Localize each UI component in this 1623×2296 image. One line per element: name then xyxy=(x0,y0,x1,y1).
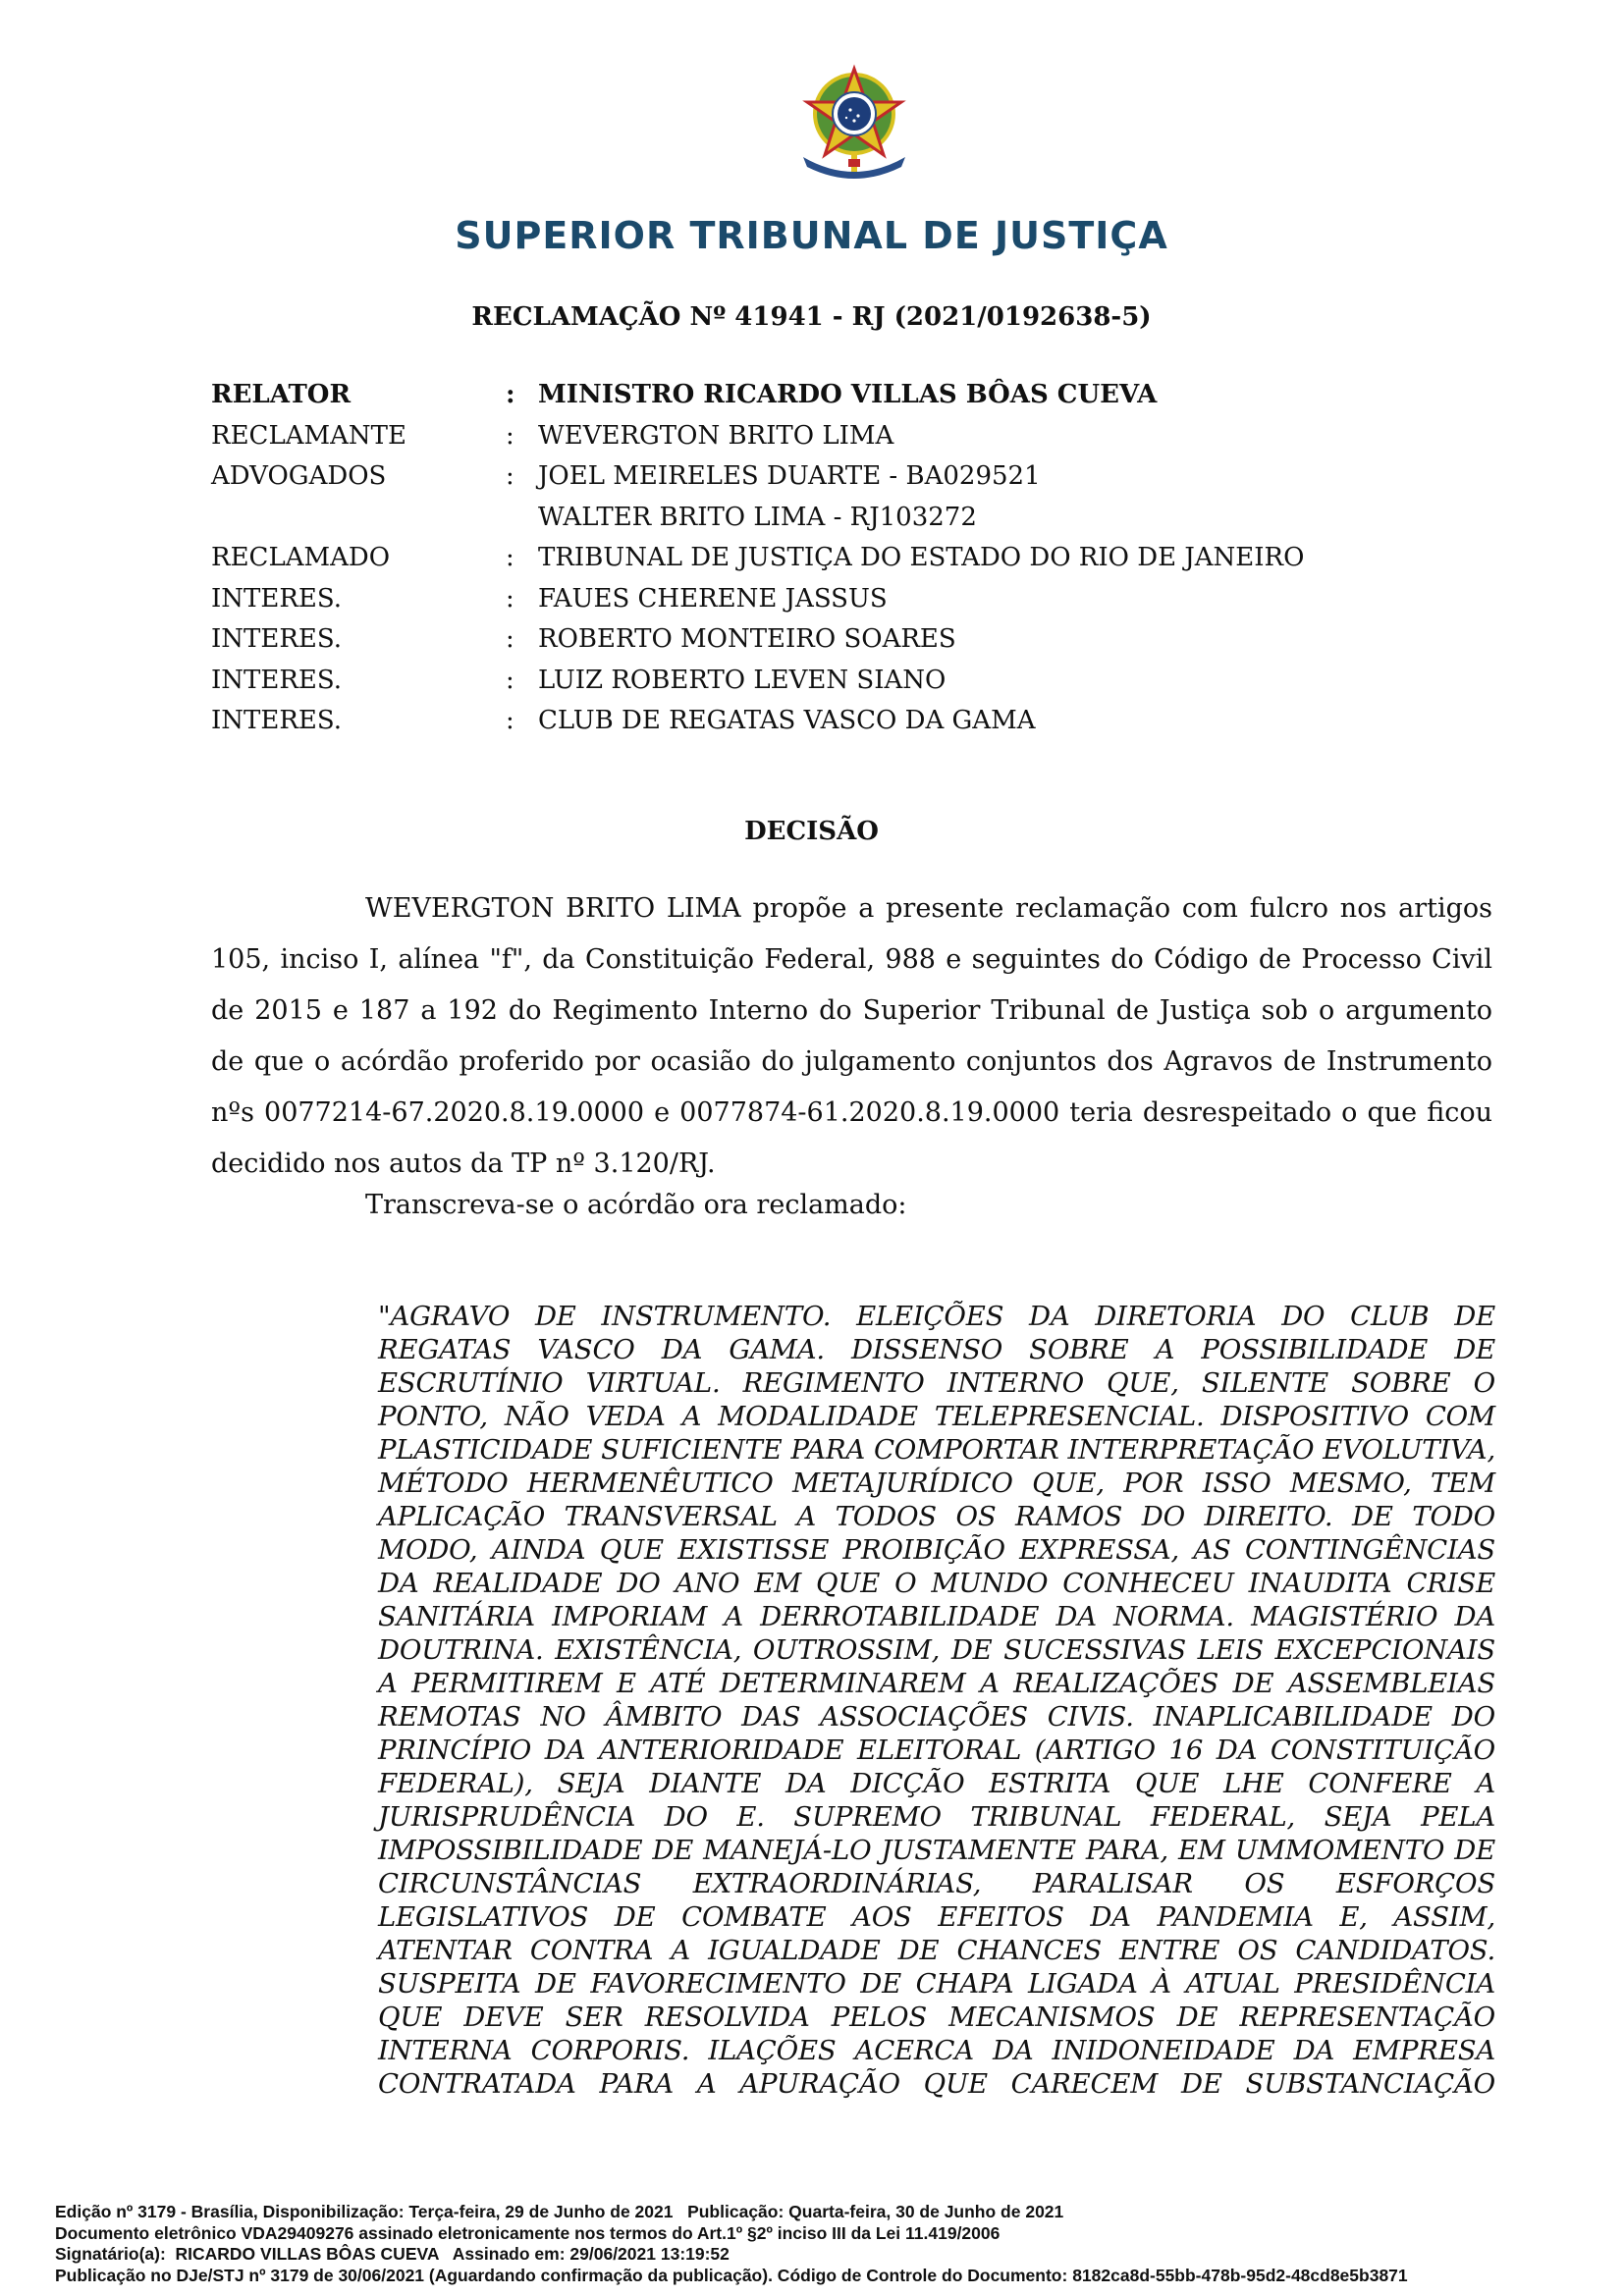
party-row: INTERES. : ROBERTO MONTEIRO SOARES xyxy=(211,619,1304,661)
party-colon: : xyxy=(506,456,538,498)
party-label: INTERES. xyxy=(211,701,506,742)
party-row: INTERES. : CLUB DE REGATAS VASCO DA GAMA xyxy=(211,701,1304,742)
party-colon: : xyxy=(506,416,538,457)
party-label: RECLAMADO xyxy=(211,538,506,579)
party-row: ADVOGADOS : JOEL MEIRELES DUARTE - BA029… xyxy=(211,456,1304,498)
party-value: FAUES CHERENE JASSUS xyxy=(538,579,888,620)
party-value: WEVERGTON BRITO LIMA xyxy=(538,416,893,457)
decision-body: WEVERGTON BRITO LIMA propõe a presente r… xyxy=(211,883,1492,1225)
case-title: RECLAMAÇÃO Nº 41941 - RJ (2021/0192638-5… xyxy=(0,302,1623,332)
party-value: LUIZ ROBERTO LEVEN SIANO xyxy=(538,661,946,702)
party-row: INTERES. : FAUES CHERENE JASSUS xyxy=(211,579,1304,620)
party-colon: : xyxy=(506,375,538,416)
party-label: ADVOGADOS xyxy=(211,456,506,498)
decision-title: DECISÃO xyxy=(0,817,1623,846)
party-row: WALTER BRITO LIMA - RJ103272 xyxy=(211,498,1304,539)
party-colon: : xyxy=(506,619,538,661)
party-label: INTERES. xyxy=(211,619,506,661)
footer-line: Edição nº 3179 - Brasília, Disponibiliza… xyxy=(55,2202,1408,2223)
party-value: WALTER BRITO LIMA - RJ103272 xyxy=(538,498,977,539)
decision-paragraph: WEVERGTON BRITO LIMA propõe a presente r… xyxy=(211,883,1492,1190)
footer-line: Publicação no DJe/STJ nº 3179 de 30/06/2… xyxy=(55,2266,1408,2287)
party-row: RECLAMADO : TRIBUNAL DE JUSTIÇA DO ESTAD… xyxy=(211,538,1304,579)
party-colon xyxy=(506,498,538,539)
party-value: ROBERTO MONTEIRO SOARES xyxy=(538,619,956,661)
footer-line: Documento eletrônico VDA29409276 assinad… xyxy=(55,2223,1408,2245)
quoted-ruling: "AGRAVO DE INSTRUMENTO. ELEIÇÕES DA DIRE… xyxy=(378,1300,1495,2101)
party-row: RELATOR : MINISTRO RICARDO VILLAS BÔAS C… xyxy=(211,375,1304,416)
party-row: RECLAMANTE : WEVERGTON BRITO LIMA xyxy=(211,416,1304,457)
publication-footer: Edição nº 3179 - Brasília, Disponibiliza… xyxy=(55,2202,1408,2286)
party-label: INTERES. xyxy=(211,579,506,620)
party-value: CLUB DE REGATAS VASCO DA GAMA xyxy=(538,701,1035,742)
party-colon: : xyxy=(506,538,538,579)
party-colon: : xyxy=(506,701,538,742)
parties-table: RELATOR : MINISTRO RICARDO VILLAS BÔAS C… xyxy=(211,375,1304,742)
party-label: INTERES. xyxy=(211,661,506,702)
court-name: SUPERIOR TRIBUNAL DE JUSTIÇA xyxy=(0,214,1623,257)
footer-line: Signatário(a): RICARDO VILLAS BÔAS CUEVA… xyxy=(55,2244,1408,2266)
party-value: MINISTRO RICARDO VILLAS BÔAS CUEVA xyxy=(538,375,1157,416)
party-label: RELATOR xyxy=(211,375,506,416)
party-colon: : xyxy=(506,661,538,702)
party-colon: : xyxy=(506,579,538,620)
decision-paragraph: Transcreva-se o acórdão ora reclamado: xyxy=(211,1186,1492,1225)
party-label: RECLAMANTE xyxy=(211,416,506,457)
party-label xyxy=(211,498,506,539)
party-value: TRIBUNAL DE JUSTIÇA DO ESTADO DO RIO DE … xyxy=(538,538,1304,579)
party-row: INTERES. : LUIZ ROBERTO LEVEN SIANO xyxy=(211,661,1304,702)
party-value: JOEL MEIRELES DUARTE - BA029521 xyxy=(538,456,1041,498)
brazil-coat-of-arms-icon xyxy=(797,61,911,183)
